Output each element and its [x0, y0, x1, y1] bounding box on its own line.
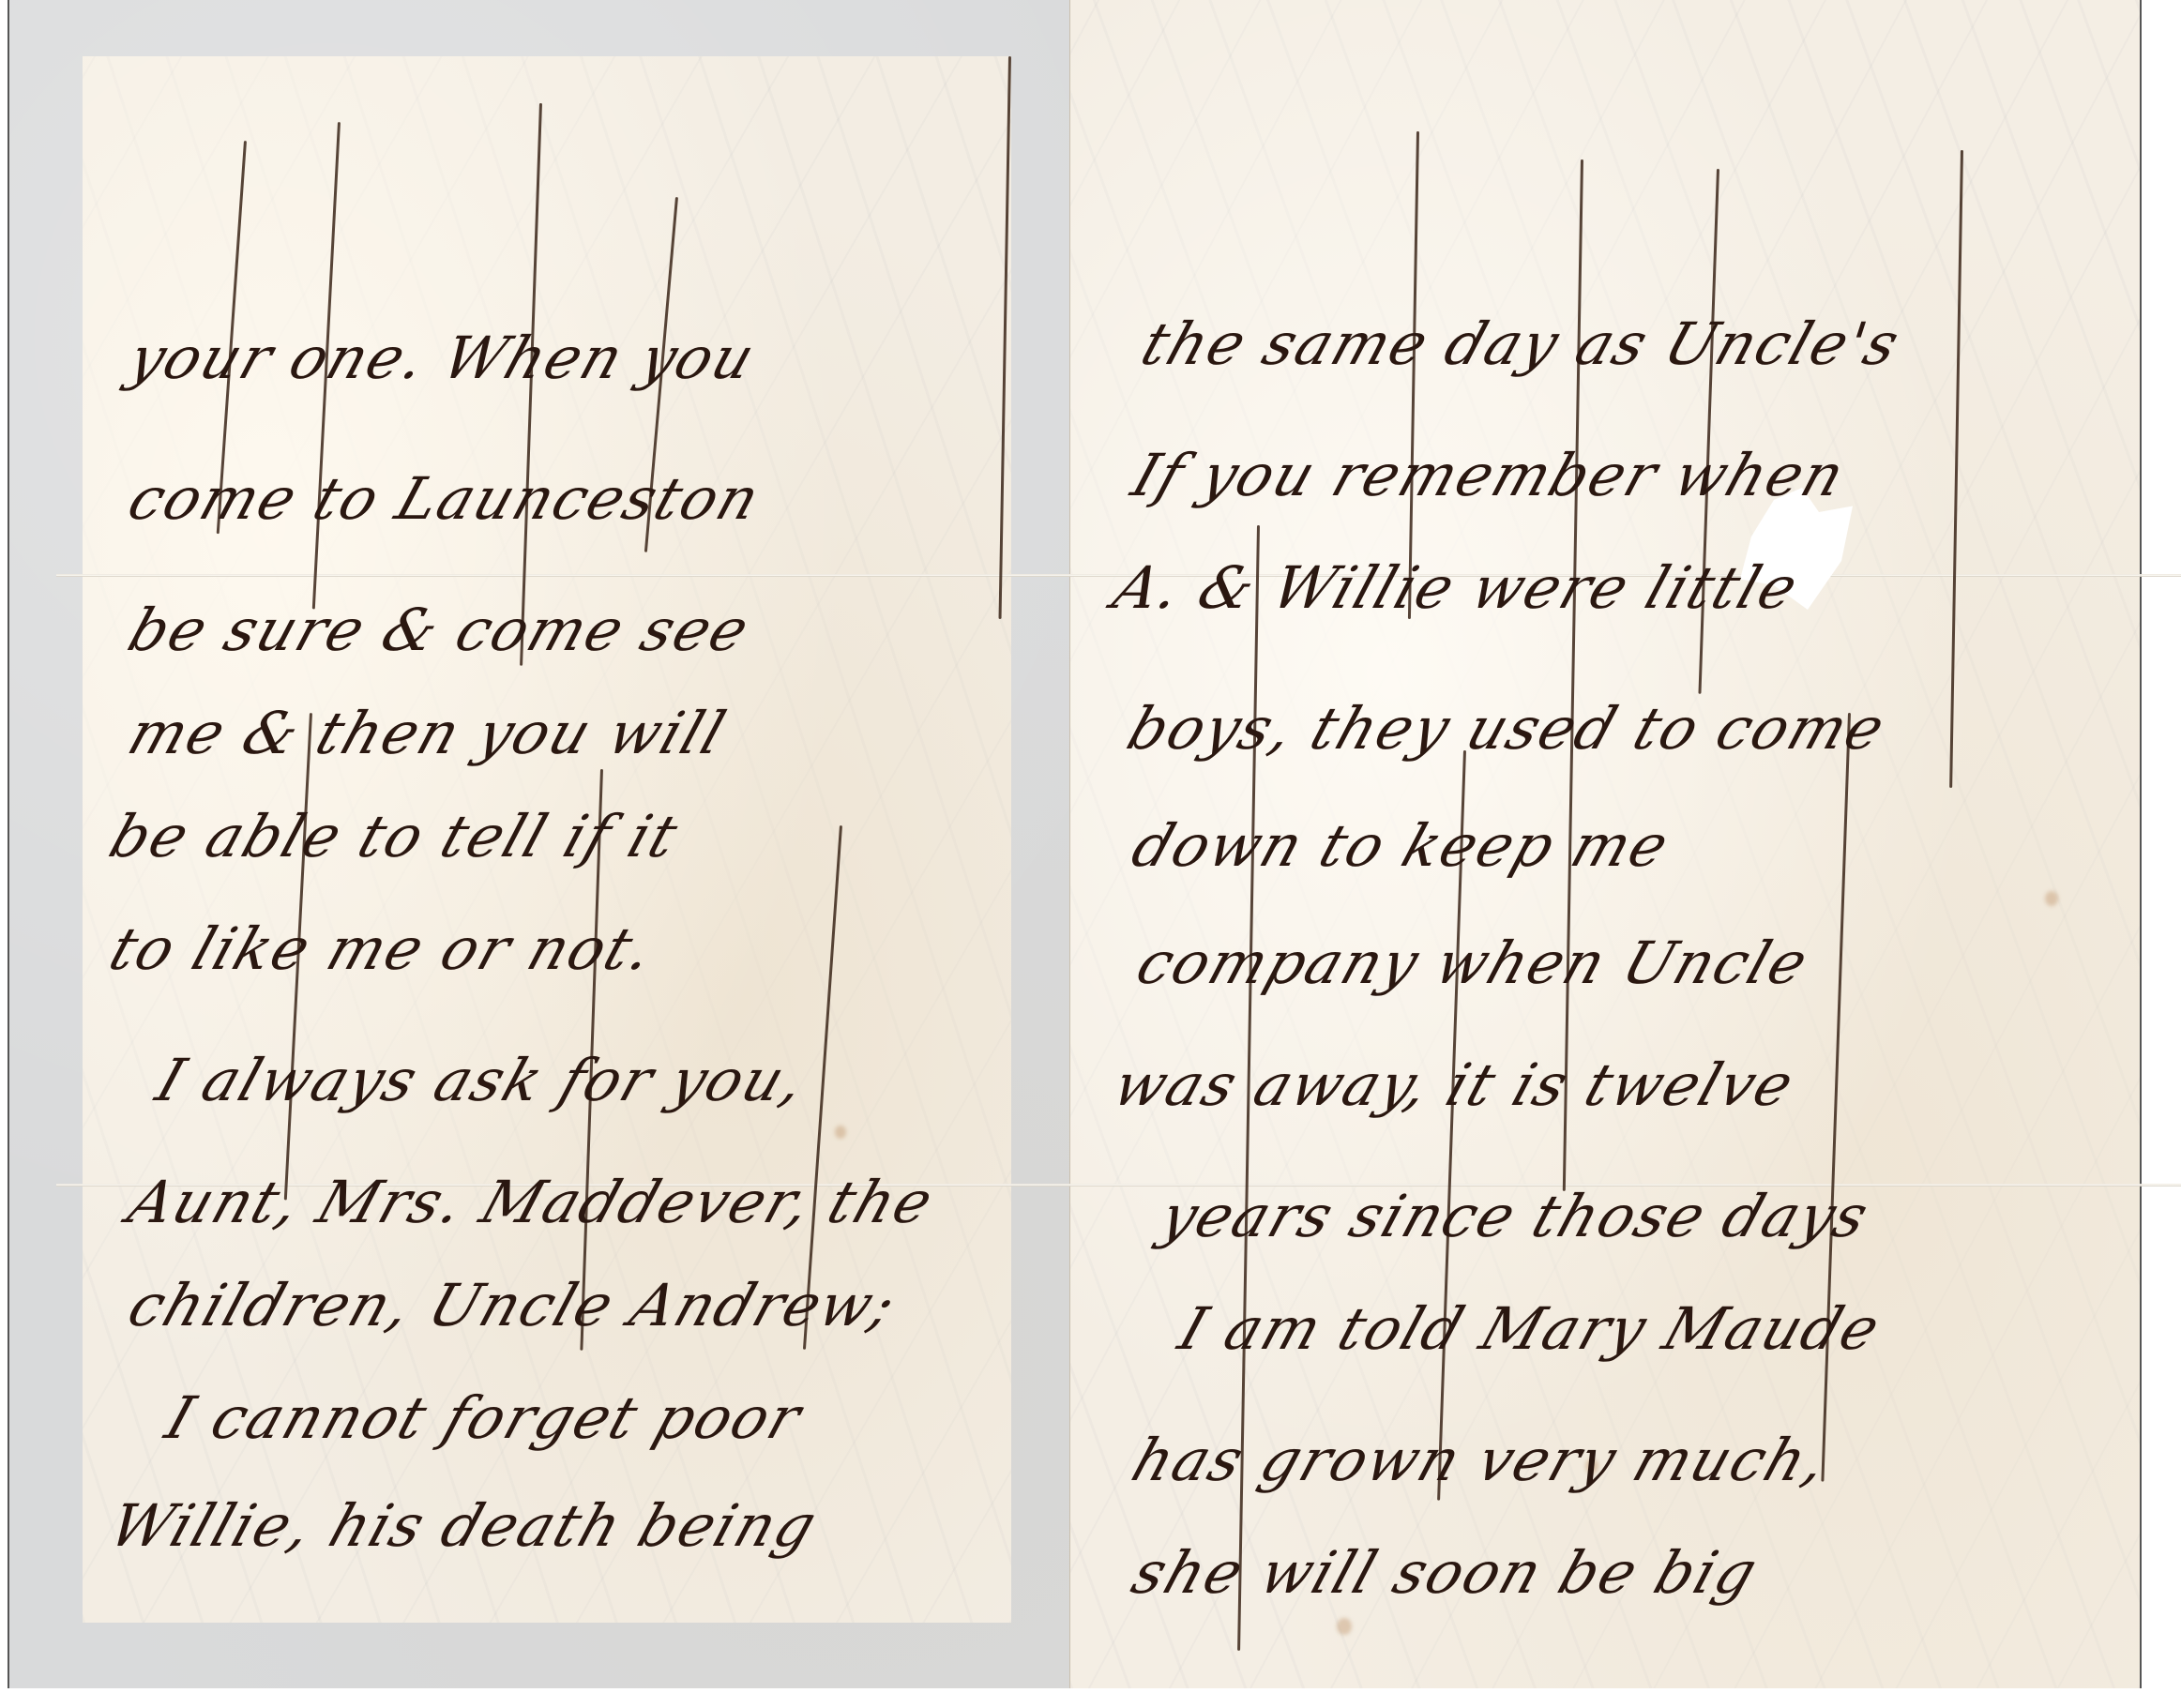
letter-line: Willie, his death being — [101, 1491, 826, 1560]
letter-scan: your one. When you come to Launceston be… — [0, 0, 2181, 1708]
letter-line: years since those days — [1152, 1182, 1878, 1250]
letter-line: down to keep me — [1124, 811, 1678, 880]
letter-line: I cannot forget poor — [158, 1383, 810, 1452]
letter-line: come to Launceston — [120, 464, 769, 533]
letter-line: children, Uncle Andrew; — [120, 1271, 905, 1339]
letter-line: was away, it is twelve — [1105, 1050, 1804, 1119]
stain — [835, 1126, 846, 1139]
stain — [2045, 891, 2058, 906]
letter-line: A. & Willie were little — [1105, 553, 1808, 622]
letter-line: I am told Mary Maude — [1171, 1294, 1889, 1363]
letter-line: has grown very much, — [1124, 1426, 1838, 1494]
letter-line: If you remember when — [1124, 441, 1855, 509]
letter-line: I always ask for you, — [148, 1046, 815, 1114]
fold-crease — [56, 574, 2181, 577]
letter-line: boys, they used to come — [1119, 694, 1895, 763]
letter-line: to like me or not. — [101, 914, 663, 983]
letter-line: Aunt, Mrs. Maddever, the — [120, 1168, 943, 1236]
letter-line: be able to tell if it — [101, 802, 688, 870]
stain — [1337, 1618, 1352, 1635]
letter-line: be sure & come see — [120, 596, 759, 664]
letter-line: the same day as Uncle's — [1133, 310, 1909, 378]
letter-line: company when Uncle — [1128, 929, 1818, 997]
letter-line: me & then you will — [120, 699, 735, 767]
letter-line: she will soon be big — [1124, 1538, 1767, 1607]
letter-line: your one. When you — [120, 324, 765, 392]
